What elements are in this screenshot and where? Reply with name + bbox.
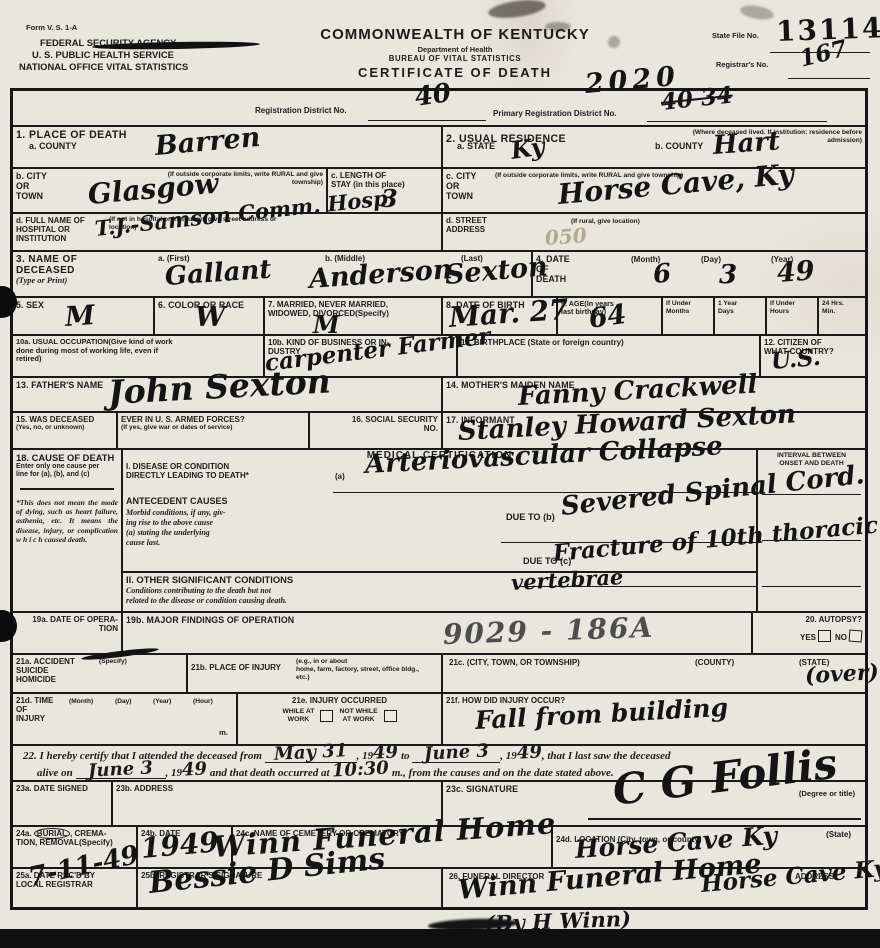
field-marital-status: 7. MARRIED, NEVER MARRIED, WIDOWED, DIVO… (265, 298, 443, 334)
injury-day-label: (Day) (115, 698, 132, 706)
marital-label: 7. MARRIED, NEVER MARRIED, WIDOWED, DIVO… (268, 300, 438, 318)
hw-residence-county: Hart (712, 128, 781, 159)
hw-age: 64 (587, 301, 628, 333)
ssn-label: 16. SOCIAL SECURITY NO. (313, 415, 438, 433)
hw-citizen: U.S. (770, 346, 822, 373)
field-birthplace: 11. BIRTHPLACE (State or foreign country… (458, 336, 761, 376)
injury-month-label: (Month) (69, 698, 93, 706)
agency-line-3: NATIONAL OFFICE VITAL STATISTICS (19, 61, 188, 72)
field-age-hours: If Under Hours (767, 298, 819, 334)
hw-attended-to-year: 49 (517, 752, 542, 753)
field-age-months: If Under Months (663, 298, 715, 334)
occupation-label: 10a. USUAL OCCUPATION(Give kind of work … (16, 338, 260, 364)
divider (20, 488, 114, 490)
autopsy-no-checkbox (849, 630, 863, 643)
certify-fill-alive: June 3 (76, 765, 166, 779)
hw-injury-state-over: (over) (804, 661, 879, 687)
row-registrar: 25a. DATE REC'D BY LOCAL REGISTRAR 25b. … (13, 867, 865, 907)
hw-attended-from-year: 49 (373, 752, 398, 753)
hw-cause-c2: vertebrae (510, 566, 623, 593)
reg-district-value: 40 (413, 80, 452, 111)
cause-title: 18. CAUSE OF DEATH (16, 452, 118, 463)
reg-district-line (368, 120, 486, 121)
place-of-injury-label: 21b. PLACE OF INJURY (191, 663, 281, 672)
bureau-line: BUREAU OF VITAL STATISTICS (280, 54, 630, 63)
operation-date-label: 19a. DATE OF OPERA- TION (16, 615, 118, 633)
injury-occurred-label: 21e. INJURY OCCURRED (241, 696, 438, 705)
other-conditions-divider (123, 571, 756, 573)
certificate-form: Registration District No. 40 Primary Reg… (10, 88, 868, 910)
row-place-residence: 1. PLACE OF DEATH a. COUNTY 2. USUAL RES… (13, 125, 865, 167)
hw-first-name: Gallant (164, 257, 272, 290)
armed-forces-note: (Yes, no, or unknown) (16, 424, 113, 432)
certify-fill-to: June 3 (412, 749, 500, 763)
cause-sub: Enter only one cause per line for (a), (… (16, 463, 118, 480)
age-minutes-label: 24 Hrs. Min. (822, 300, 862, 316)
autopsy-yes-checkbox (818, 630, 831, 642)
injury-county-label: (COUNTY) (695, 658, 734, 667)
injury-hour-label: (Hour) (193, 698, 213, 706)
field-major-findings: 19b. MAJOR FINDINGS OF OPERATION (123, 613, 753, 653)
field-date-signed: 23a. DATE SIGNED (13, 782, 113, 825)
other-significant-note: Conditions contributing to the death but… (126, 586, 287, 606)
field-accident-suicide: 21a. ACCIDENT SUICIDE HOMICIDE (Specify) (13, 655, 188, 692)
row-cause-of-death: 18. CAUSE OF DEATH Enter only one cause … (13, 448, 865, 611)
cause-a-paren: (a) (335, 472, 345, 481)
row-operation: 19a. DATE OF OPERA- TION 19b. MAJOR FIND… (13, 611, 865, 653)
ink-smudge (487, 0, 547, 21)
form-number: Form V. S. 1-A (26, 23, 77, 32)
certify-text: , 19 (500, 750, 517, 762)
accident-specify-note: (Specify) (99, 658, 127, 666)
hw-sex: M (64, 302, 96, 331)
not-while-at-work-label: NOT WHILE AT WORK (339, 708, 377, 724)
certify-text: , 19 (166, 767, 183, 779)
field-cause-of-death-left: 18. CAUSE OF DEATH Enter only one cause … (13, 450, 123, 611)
row-armed-informant: 15. WAS DECEASED (Yes, no, or unknown) E… (13, 411, 865, 448)
registration-district-strip: Registration District No. 40 Primary Reg… (13, 91, 865, 125)
date-signed-label: 23a. DATE SIGNED (16, 784, 108, 793)
field-injury-occurred: 21e. INJURY OCCURRED WHILE AT WORK NOT W… (238, 694, 443, 744)
burial-label-post: , CREMA- (70, 829, 106, 838)
hw-death-time: 10:30 (332, 768, 389, 771)
field-place-of-injury: 21b. PLACE OF INJURY (e.g., in or about … (188, 655, 443, 692)
dod-day-label: (Day) (701, 255, 721, 264)
field-autopsy: 20. AUTOPSY? YESNO (753, 613, 865, 653)
row-hospital-street: d. FULL NAME OF HOSPITAL OR INSTITUTION … (13, 212, 865, 250)
birthplace-label: 11. BIRTHPLACE (State or foreign country… (461, 338, 756, 347)
field-age-minutes: 24 Hrs. Min. (819, 298, 865, 334)
autopsy-no-label: NO (835, 633, 847, 642)
registrar-underline (788, 78, 870, 79)
field-date-of-operation: 19a. DATE OF OPERA- TION (13, 613, 123, 653)
hw-dod-year: 49 (776, 257, 815, 287)
armed-forces-label2: EVER IN U. S. ARMED FORCES? (121, 415, 305, 424)
injury-city-label: 21c. (CITY, TOWN, OR TOWNSHIP) (449, 658, 580, 667)
age-hours-label: If Under Hours (770, 300, 814, 316)
state-file-label: State File No. (712, 31, 759, 40)
scan-bottom-bar (0, 929, 880, 948)
certify-text: to (401, 750, 410, 762)
hw-attended-to: June 3 (424, 751, 489, 754)
field-time-of-injury: 21d. TIME OF INJURY (Month) (Day) (Year)… (13, 694, 238, 744)
certify-text: alive on (37, 767, 73, 779)
other-significant-label: II. OTHER SIGNIFICANT CONDITIONS (126, 574, 293, 585)
not-while-at-work-checkbox (384, 710, 397, 722)
department-line: Department of Health (280, 45, 630, 54)
field-street-address: d. STREET ADDRESS (If rural, give locati… (443, 214, 865, 250)
place-of-injury-note: (e.g., in or about home, farm, factory, … (296, 658, 419, 681)
cemetery-state-label: (State) (826, 830, 851, 839)
interval-line-3 (762, 586, 861, 587)
while-at-work-checkbox (320, 710, 333, 722)
disease-condition-label: I. DISEASE OR CONDITION DIRECTLY LEADING… (126, 462, 249, 480)
row-injury-detail: 21d. TIME OF INJURY (Month) (Day) (Year)… (13, 692, 865, 744)
ink-smudge (739, 3, 775, 22)
hw-last-alive-year: 49 (182, 769, 207, 770)
field-armed-forces-a: 15. WAS DECEASED (Yes, no, or unknown) (13, 413, 118, 448)
injury-year-label: (Year) (153, 698, 171, 706)
major-findings-label: 19b. MAJOR FINDINGS OF OPERATION (126, 615, 748, 625)
ink-smudge (608, 36, 620, 48)
hw-dod-month: 6 (652, 260, 672, 287)
certify-text: m., from the causes and on the date stat… (392, 767, 614, 779)
field-age-days: 1 Year Days (715, 298, 767, 334)
age-days-label: 1 Year Days (718, 300, 762, 316)
residence-county-label: b. COUNTY (655, 141, 703, 151)
primary-district-label: Primary Registration District No. (493, 109, 617, 118)
armed-forces-note2: (If yes, give war or dates of service) (121, 424, 305, 432)
degree-title-note: (Degree or title) (799, 790, 855, 799)
hw-major-findings: 9029 - 186A (443, 614, 655, 649)
while-at-work-label: WHILE AT WORK (282, 708, 314, 724)
commonwealth-title: COMMONWEALTH OF KENTUCKY (280, 26, 630, 43)
hw-dod-day: 3 (719, 262, 737, 288)
cause-footnote: *This does not mean the mode of dying, s… (16, 498, 118, 545)
primary-district-line (647, 121, 827, 122)
hw-residence-state: Ky (509, 134, 546, 162)
autopsy-yes-label: YES (800, 633, 816, 642)
antecedent-note: Morbid conditions, if any, giv- ing rise… (126, 508, 226, 548)
residence-state-label: a. STATE (457, 141, 495, 151)
agency-line-2: U. S. PUBLIC HEALTH SERVICE (32, 49, 174, 60)
reg-district-label: Registration District No. (255, 106, 347, 115)
field-armed-forces-b: EVER IN U. S. ARMED FORCES? (If yes, giv… (118, 413, 310, 448)
hw-last-alive: June 3 (88, 768, 153, 771)
hw-attended-from: May 31 (274, 751, 347, 755)
injury-m-label: m. (219, 729, 228, 738)
field-usual-residence: 2. USUAL RESIDENCE (Where deceased lived… (443, 127, 865, 167)
primary-district-extra: 2020 (584, 63, 681, 98)
certify-text: and that death occurred at (210, 767, 330, 779)
hw-marital: M (313, 313, 340, 337)
field-injury-city-county-state: 21c. (CITY, TOWN, OR TOWNSHIP) (COUNTY) … (443, 655, 865, 692)
due-to-b-label: DUE TO (b) (506, 512, 555, 522)
row-city: b. CITY OR TOWN (If outside corporate li… (13, 167, 865, 212)
certificate-title: CERTIFICATE OF DEATH (280, 65, 630, 80)
field-ssn: 16. SOCIAL SECURITY NO. (310, 413, 443, 448)
registrar-no-label: Registrar's No. (716, 60, 768, 69)
hw-burial-date: 1949 (140, 828, 220, 863)
age-months-label: If Under Months (666, 300, 710, 316)
death-certificate-scan: Form V. S. 1-A FEDERAL SECURITY AGENCY U… (0, 0, 880, 948)
signature-line (588, 818, 861, 820)
hw-race: W (195, 304, 225, 331)
row-accident: 21a. ACCIDENT SUICIDE HOMICIDE (Specify)… (13, 653, 865, 692)
ink-smudge (545, 22, 571, 31)
row-name-dod: 3. NAME OF DECEASED (Type or Print) a. (… (13, 250, 865, 296)
antecedent-causes-label: ANTECEDENT CAUSES (126, 496, 228, 506)
burial-label-pre: 24a. (16, 829, 34, 838)
signer-address-label: 23b. ADDRESS (116, 784, 438, 793)
street-address-label: d. STREET ADDRESS (446, 216, 862, 234)
hw-street-faint: 050 (544, 225, 587, 248)
armed-forces-label: 15. WAS DECEASED (16, 415, 113, 424)
autopsy-label: 20. AUTOPSY? (756, 615, 862, 624)
